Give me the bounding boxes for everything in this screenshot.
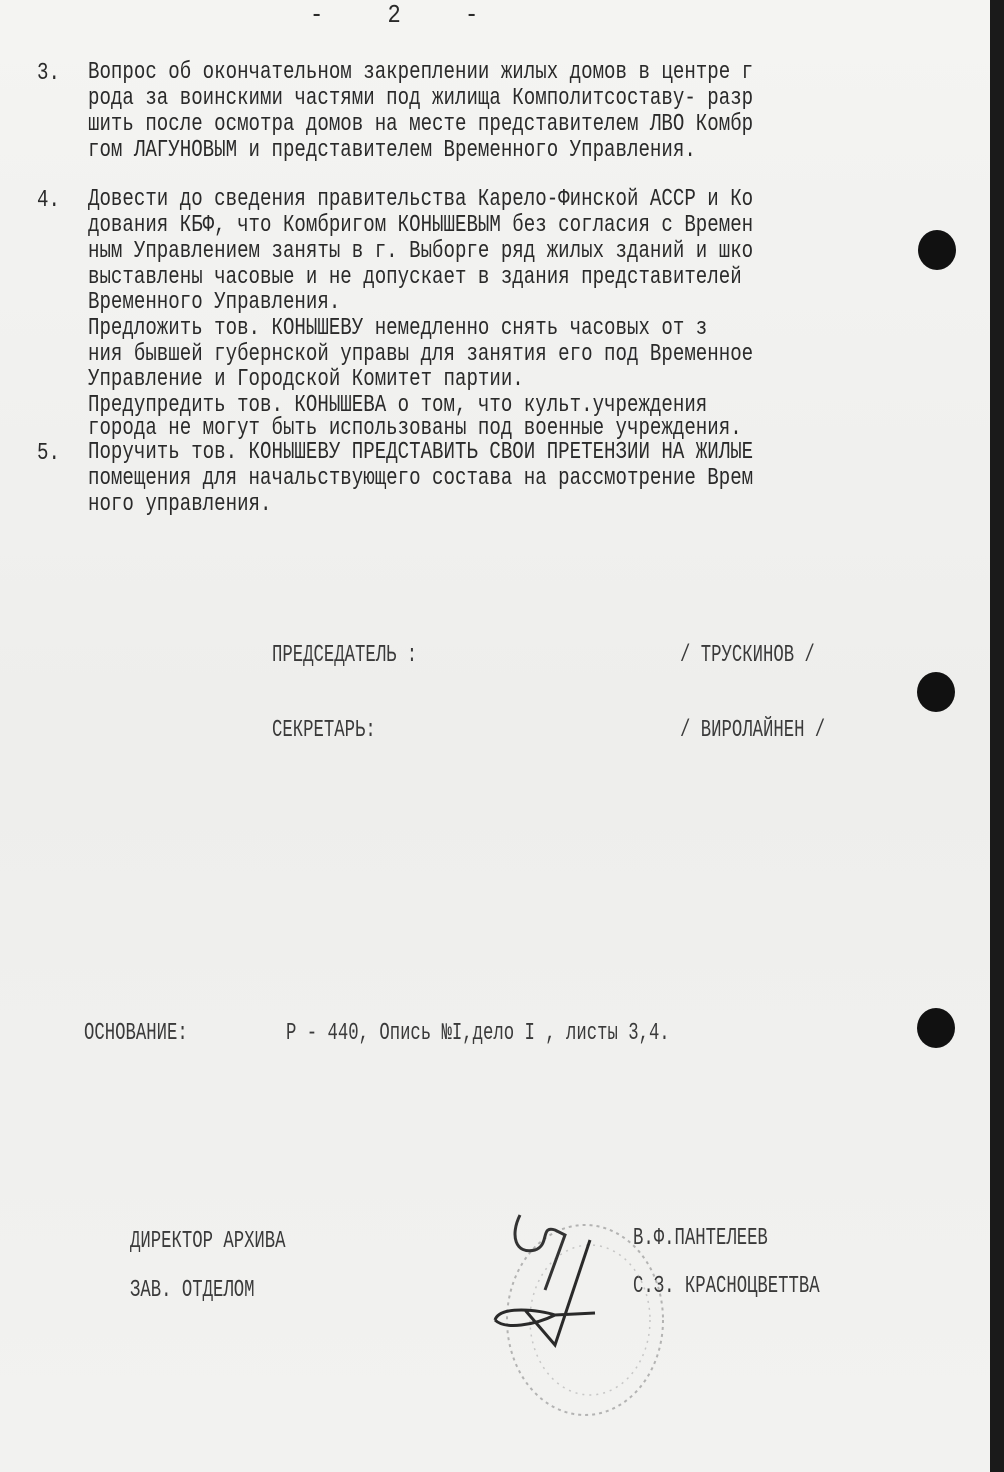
chairman-name: / ТРУСКИНОВ /: [680, 642, 815, 669]
item-number: 5.: [37, 440, 60, 467]
chairman-label: ПРЕДСЕДАТЕЛЬ :: [272, 642, 417, 669]
scan-edge: [990, 0, 1004, 1472]
item-line: гом ЛАГУНОВЫМ и представителем Временног…: [88, 138, 696, 164]
punch-hole: [917, 672, 955, 712]
dept-label: ЗАВ. ОТДЕЛОМ: [130, 1277, 254, 1304]
secretary-name: / ВИРОЛАЙНЕН /: [680, 717, 825, 744]
item-line: дования КБФ, что Комбригом КОНЫШЕВЫМ без…: [88, 213, 753, 239]
basis-value: Р - 440, Опись №I,дело I , листы 3,4.: [286, 1020, 670, 1047]
archive-stamp-icon: [480, 1195, 670, 1425]
punch-hole: [917, 1008, 955, 1048]
item-line: Вопрос об окончательном закреплении жилы…: [88, 60, 753, 86]
item-line: выставлены часовые и не допускает в здан…: [88, 265, 742, 291]
item-line: Управление и Городской Комитет партии.: [88, 367, 524, 393]
secretary-label: СЕКРЕТАРЬ:: [272, 717, 376, 744]
director-label: ДИРЕКТОР АРХИВА: [130, 1228, 286, 1255]
item-line: рода за воинскими частями под жилища Ком…: [88, 86, 753, 112]
item-line: помещения для начальствующего состава на…: [88, 466, 753, 492]
item-line: ным Управлением заняты в г. Выборге ряд …: [88, 239, 753, 265]
page-number: - 2 -: [310, 0, 504, 30]
document-page: - 2 - 3. Вопрос об окончательном закрепл…: [0, 0, 990, 1472]
item-line: Поручить тов. КОНЫШЕВУ ПРЕДСТАВИТЬ СВОИ …: [88, 440, 753, 466]
item-number: 3.: [37, 60, 60, 87]
item-number: 4.: [37, 187, 60, 214]
punch-hole: [918, 230, 956, 270]
item-line: Довести до сведения правительства Карело…: [88, 187, 753, 213]
item-line: ного управления.: [88, 492, 271, 518]
item-line: Предложить тов. КОНЫШЕВУ немедленно снят…: [88, 316, 707, 342]
item-line: шить после осмотра домов на месте предст…: [88, 112, 753, 138]
basis-label: ОСНОВАНИЕ:: [84, 1020, 188, 1047]
item-line: ния бывшей губернской управы для занятия…: [88, 342, 753, 368]
item-line: Временного Управления.: [88, 290, 340, 316]
